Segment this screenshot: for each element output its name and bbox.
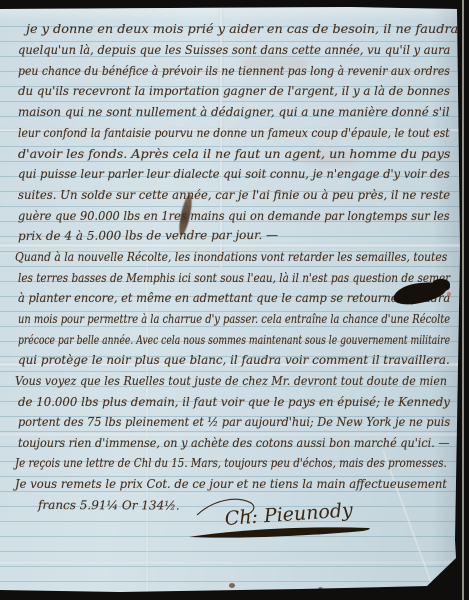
letter-line: leur confond la fantaisie pourvu ne donn… — [18, 125, 450, 142]
letter-line: portent des 75 lbs pleinement et ½ par a… — [18, 414, 450, 431]
letter-line: je y donne en deux mois prié y aider en … — [26, 21, 458, 38]
letter-line: d'avoir les fonds. Après cela il ne faut… — [18, 146, 450, 163]
signature: Ch: Pieunody — [183, 490, 378, 546]
letter-line: les terres basses de Memphis ici sont so… — [18, 270, 450, 287]
scanned-letter: je y donne en deux mois prié y aider en … — [0, 0, 469, 600]
letter-line: peu chance du bénéfice à prévoir ils ne … — [18, 63, 450, 80]
letter-line: francs 5.91¼ Or 134½. — [38, 497, 180, 514]
signature-flourish-underline — [189, 527, 370, 537]
letter-line: qui protège le noir plus que blanc, il f… — [18, 352, 450, 369]
signature-name: Ch: Pieunody — [224, 499, 354, 530]
stain-spot — [436, 581, 443, 586]
letter-line: Vous voyez que les Ruelles tout juste de… — [15, 373, 447, 390]
letter-line: Je reçois une lettre de Chl du 15. Mars,… — [15, 455, 447, 472]
letter-line: toujours rien d'immense, on y achète des… — [18, 435, 450, 452]
red-ink-speck — [447, 292, 451, 296]
letter-line: précoce par belle année. Avec cela nous … — [18, 332, 450, 349]
letter-line: quelqu'un là, depuis que les Suisses son… — [18, 42, 450, 59]
letter-line: à planter encore, et même en admettant q… — [18, 290, 450, 307]
letter-line: maison qui ne sont nullement à dédaigner… — [18, 104, 450, 121]
letter-line: du qu'ils recevront la importation gagne… — [18, 83, 450, 100]
letter-line: un mois pour permettre à la charrue d'y … — [18, 311, 450, 328]
letter-line: de 10.000 lbs plus demain, il faut voir … — [18, 394, 450, 411]
scanner-edge-line — [462, 0, 464, 600]
letter-paper: je y donne en deux mois prié y aider en … — [0, 0, 469, 600]
letter-line: suites. Un solde sur cette année, car je… — [18, 187, 450, 204]
letter-line: Quand à la nouvelle Récolte, les inondat… — [15, 249, 447, 266]
letter-line: prix de 4 à 5.000 lbs de vendre par jour… — [18, 227, 278, 245]
ink-blot-redaction — [432, 279, 450, 291]
letter-line: guère que 90.000 lbs en 1res mains qui o… — [18, 208, 450, 225]
letter-line: qui puisse leur parler leur dialecte qui… — [18, 166, 450, 183]
